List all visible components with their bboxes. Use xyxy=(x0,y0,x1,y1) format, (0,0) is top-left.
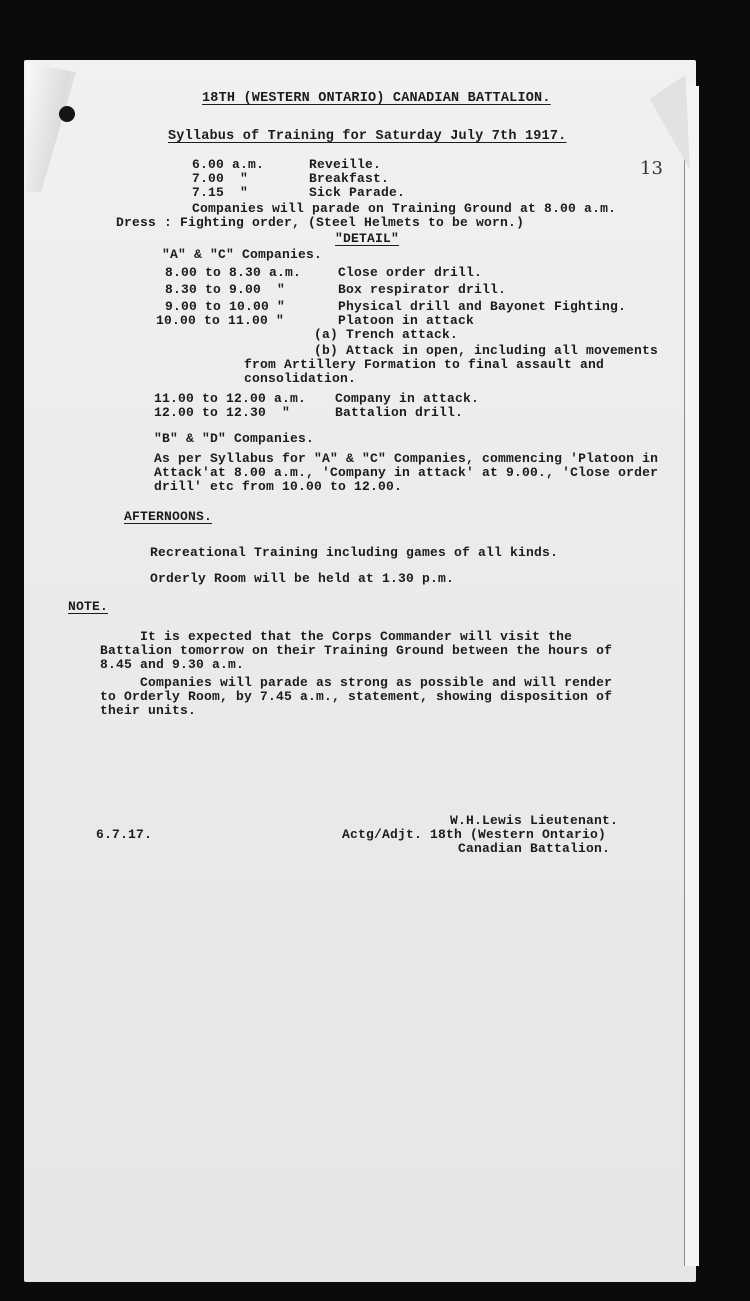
note-line: their units. xyxy=(100,704,196,718)
detail-heading: "DETAIL" xyxy=(335,232,399,246)
schedule-time: 12.00 to 12.30 " xyxy=(154,406,290,420)
document-date: 6.7.17. xyxy=(96,828,152,842)
schedule-time: 10.00 to 11.00 " xyxy=(156,314,284,328)
bd-line: drill' etc from 10.00 to 12.00. xyxy=(154,480,402,494)
schedule-time: 7.00 " xyxy=(192,172,248,186)
note-heading: NOTE. xyxy=(68,600,108,614)
sub-item: (a) Trench attack. xyxy=(314,328,458,342)
note-line: Battalion tomorrow on their Training Gro… xyxy=(100,644,612,658)
note-line: Companies will parade as strong as possi… xyxy=(100,676,612,690)
signature-line: Canadian Battalion. xyxy=(458,842,610,856)
schedule-event: Company in attack. xyxy=(335,392,479,406)
schedule-time: 6.00 a.m. xyxy=(192,158,264,172)
bd-companies-heading: "B" & "D" Companies. xyxy=(154,432,314,446)
schedule-time: 7.15 " xyxy=(192,186,248,200)
afternoon-line: Orderly Room will be held at 1.30 p.m. xyxy=(150,572,454,586)
paper-edge xyxy=(684,86,699,1266)
schedule-time: 11.00 to 12.00 a.m. xyxy=(154,392,306,406)
sub-item-continuation: consolidation. xyxy=(244,372,356,386)
note-line: to Orderly Room, by 7.45 a.m., statement… xyxy=(100,690,612,704)
document-subtitle: Syllabus of Training for Saturday July 7… xyxy=(168,130,566,144)
schedule-event: Close order drill. xyxy=(338,266,482,280)
afternoon-line: Recreational Training including games of… xyxy=(150,546,558,560)
sub-item: (b) Attack in open, including all moveme… xyxy=(314,344,658,358)
schedule-time: 8.00 to 8.30 a.m. xyxy=(165,266,301,280)
bd-line: As per Syllabus for "A" & "C" Companies,… xyxy=(154,452,658,466)
ac-companies-heading: "A" & "C" Companies. xyxy=(162,248,322,262)
schedule-event: Breakfast. xyxy=(309,172,389,186)
sub-item-continuation: from Artillery Formation to final assaul… xyxy=(244,358,604,372)
punch-hole xyxy=(59,106,75,122)
signature-line: W.H.Lewis Lieutenant. xyxy=(450,814,618,828)
bd-line: Attack'at 8.00 a.m., 'Company in attack'… xyxy=(154,466,658,480)
schedule-time: 8.30 to 9.00 " xyxy=(165,283,285,297)
schedule-event: Reveille. xyxy=(309,158,381,172)
document-title: 18TH (WESTERN ONTARIO) CANADIAN BATTALIO… xyxy=(202,92,551,106)
schedule-event: Battalion drill. xyxy=(335,406,463,420)
page-number: 13 xyxy=(640,158,663,179)
schedule-event: Platoon in attack xyxy=(338,314,474,328)
schedule-event: Physical drill and Bayonet Fighting. xyxy=(338,300,626,314)
signature-line: Actg/Adjt. 18th (Western Ontario) xyxy=(342,828,606,842)
schedule-time: 9.00 to 10.00 " xyxy=(165,300,285,314)
afternoons-heading: AFTERNOONS. xyxy=(124,510,212,524)
note-line: 8.45 and 9.30 a.m. xyxy=(100,658,244,672)
schedule-event: Sick Parade. xyxy=(309,186,405,200)
parade-note: Companies will parade on Training Ground… xyxy=(192,202,616,216)
dress-note: Dress : Fighting order, (Steel Helmets t… xyxy=(116,216,524,230)
schedule-event: Box respirator drill. xyxy=(338,283,506,297)
note-line: It is expected that the Corps Commander … xyxy=(100,630,572,644)
